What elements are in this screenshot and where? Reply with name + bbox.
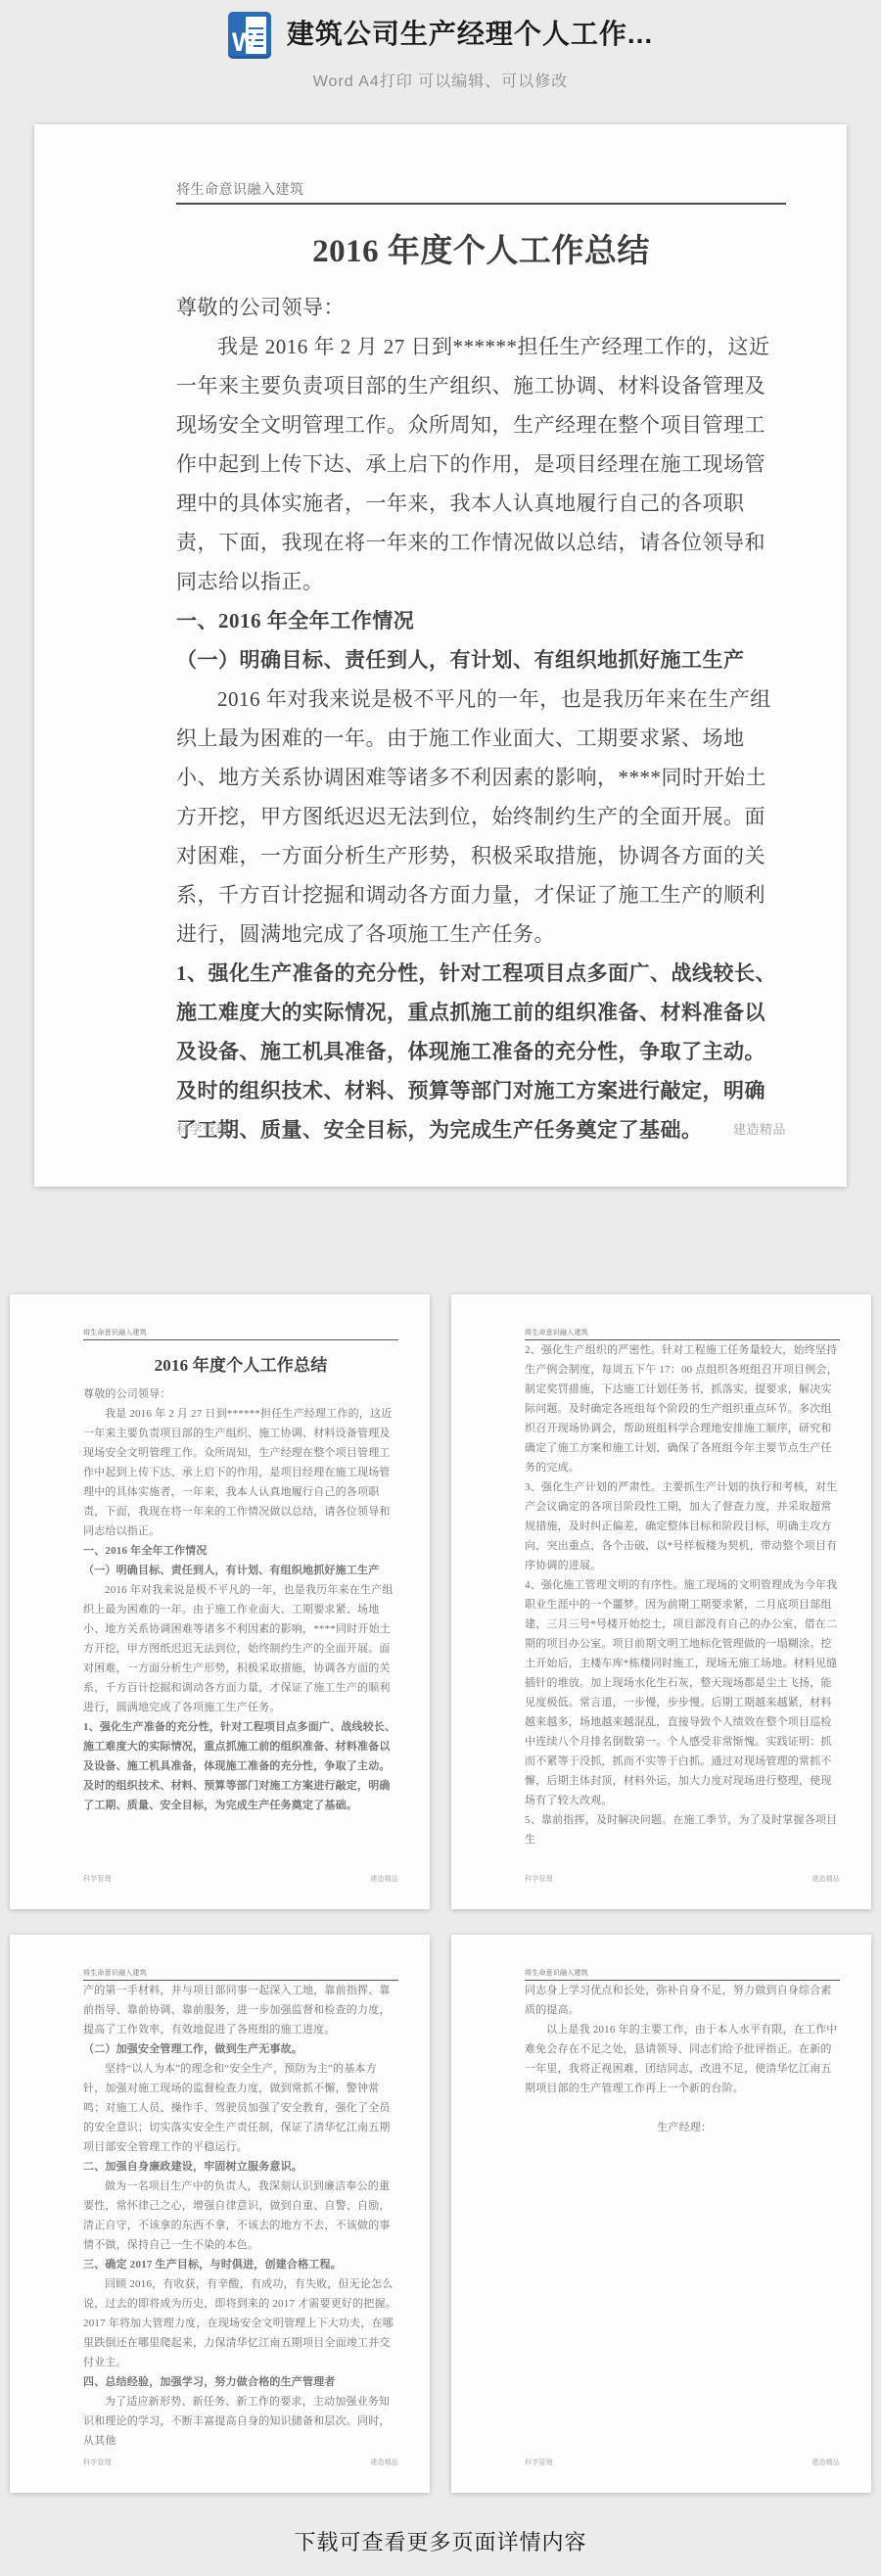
- doc-paragraph: （一）明确目标、责任到人，有计划、有组织地抓好施工生产: [176, 640, 786, 679]
- doc-paragraph: 一、2016 年全年工作情况: [176, 601, 786, 640]
- doc-paragraph: 尊敬的公司领导：: [176, 288, 786, 327]
- page-thumbnail-4: 将生命意识融入建筑同志身上学习优点和长处，弥补自身不足，努力做到自身综合素质的提…: [451, 1935, 871, 2493]
- doc-paragraph: 回顾 2016，有收获，有辛酸，有成功，有失败，但无论怎么说，过去的即将成为历史…: [83, 2274, 398, 2372]
- word-icon-letter: W: [232, 27, 256, 58]
- doc-page-footer: 科学管理建造精品: [83, 1874, 398, 1884]
- doc-footer-right: 建造精品: [733, 1119, 786, 1138]
- page-thumbnail-1: 将生命意识融入建筑2016 年度个人工作总结尊敬的公司领导：我是 2016 年 …: [10, 1294, 430, 1909]
- doc-paragraph: 1、强化生产准备的充分性，针对工程项目点多面广、战线较长、施工难度大的实际情况，…: [83, 1717, 398, 1815]
- doc-footer-right: 建造精品: [370, 2458, 398, 2467]
- doc-page-header: 将生命意识融入建筑: [83, 1968, 398, 1981]
- doc-paragraph: 以上是我 2016 年的主要工作，由于本人水平有限，在工作中难免会存在不足之处，…: [525, 2020, 840, 2098]
- doc-paragraph: 3、强化生产计划的严肃性。主要抓生产计划的执行和考核，对生产会议确定的各项目阶段…: [525, 1477, 840, 1575]
- doc-paragraph: 5、靠前指挥，及时解决问题。在施工季节，为了及时掌握各项目生: [525, 1810, 840, 1850]
- doc-paragraph: 产的第一手材料，并与项目部同事一起深入工地，靠前指挥、靠前指导、靠前协调、靠前服…: [83, 1981, 398, 2039]
- doc-page-header: 将生命意识融入建筑: [525, 1328, 840, 1340]
- doc-paragraph: 我是 2016 年 2 月 27 日到******担任生产经理工作的，这近一年来…: [176, 327, 786, 601]
- doc-paragraph: 4、强化施工管理文明的有序性。施工现场的文明管理成为今年我职业生涯中的一个噩梦。…: [525, 1575, 840, 1810]
- doc-footer-left: 科学管理: [176, 1119, 229, 1138]
- doc-paragraph: 生产经理：: [525, 2118, 840, 2137]
- doc-paragraph: 2016 年对我来说是极不平凡的一年，也是我历年来在生产组织上最为困难的一年。由…: [83, 1580, 398, 1717]
- doc-paragraph: 我是 2016 年 2 月 27 日到******担任生产经理工作的，这近一年来…: [83, 1404, 398, 1541]
- doc-page-footer: 科学管理建造精品: [83, 2458, 398, 2467]
- doc-page-header: 将生命意识融入建筑: [176, 179, 786, 205]
- main-page-preview: 将生命意识融入建筑2016 年度个人工作总结尊敬的公司领导：我是 2016 年 …: [34, 124, 847, 1187]
- doc-page-footer: 科学管理建造精品: [525, 2458, 840, 2467]
- word-file-icon: W: [228, 12, 271, 59]
- doc-page-footer: 科学管理建造精品: [176, 1119, 786, 1138]
- doc-footer-right: 建造精品: [811, 1874, 840, 1884]
- doc-footer-left: 科学管理: [83, 1874, 112, 1884]
- doc-footer-right: 建造精品: [811, 2458, 840, 2467]
- page-thumbnail-2: 将生命意识融入建筑2、强化生产组织的严密性。针对工程施工任务量较大，始终坚持生产…: [451, 1294, 871, 1909]
- doc-title: 2016 年度个人工作总结: [83, 1351, 398, 1376]
- site-header: W 建筑公司生产经理个人工作... Word A4打印 可以编辑、可以修改: [0, 0, 881, 91]
- doc-paragraph: 2016 年对我来说是极不平凡的一年，也是我历年来在生产组织上最为困难的一年。由…: [176, 679, 786, 954]
- doc-paragraph: 二、加强自身廉政建设，牢固树立服务意识。: [83, 2157, 398, 2177]
- doc-footer-right: 建造精品: [370, 1874, 398, 1884]
- doc-page-footer: 科学管理建造精品: [525, 1874, 840, 1884]
- doc-paragraph: 做为一名项目生产中的负责人，我深刻认识到廉洁奉公的重要性，常怀律己之心，增强自律…: [83, 2177, 398, 2255]
- doc-paragraph: 三、确定 2017 生产目标，与时俱进，创建合格工程。: [83, 2255, 398, 2274]
- doc-paragraph: 为了适应新形势、新任务、新工作的要求，主动加强业务知识和理论的学习，不断丰富提高…: [83, 2392, 398, 2451]
- doc-paragraph: 四、总结经验，加强学习，努力做合格的生产管理者: [83, 2372, 398, 2392]
- doc-paragraph: 2、强化生产组织的严密性。针对工程施工任务量较大，始终坚持生产例会制度，每周五下…: [525, 1340, 840, 1477]
- doc-paragraph: 一、2016 年全年工作情况: [83, 1541, 398, 1561]
- document-subtitle: Word A4打印 可以编辑、可以修改: [0, 69, 881, 91]
- doc-paragraph: （一）明确目标、责任到人，有计划、有组织地抓好施工生产: [83, 1561, 398, 1580]
- doc-footer-left: 科学管理: [83, 2458, 112, 2467]
- page-thumbnail-3: 将生命意识融入建筑产的第一手材料，并与项目部同事一起深入工地，靠前指挥、靠前指导…: [10, 1935, 430, 2493]
- doc-title: 2016 年度个人工作总结: [176, 225, 786, 271]
- doc-footer-left: 科学管理: [525, 2458, 553, 2467]
- doc-paragraph: 坚持“以人为本”的理念和“安全生产，预防为主”的基本方针，加强对施工现场的监督检…: [83, 2059, 398, 2157]
- download-hint-caption: 下载可查看更多页面详情内容: [0, 2526, 881, 2556]
- doc-page-header: 将生命意识融入建筑: [525, 1968, 840, 1981]
- doc-paragraph: 尊敬的公司领导：: [83, 1384, 398, 1404]
- document-title: 建筑公司生产经理个人工作...: [287, 12, 653, 51]
- page-thumbnail-grid: 将生命意识融入建筑2016 年度个人工作总结尊敬的公司领导：我是 2016 年 …: [0, 1294, 881, 2493]
- doc-page-header: 将生命意识融入建筑: [83, 1328, 398, 1340]
- doc-paragraph: 同志身上学习优点和长处，弥补自身不足，努力做到自身综合素质的提高。: [525, 1981, 840, 2020]
- doc-paragraph: （二）加强安全管理工作，做到生产无事故。: [83, 2039, 398, 2059]
- doc-footer-left: 科学管理: [525, 1874, 553, 1884]
